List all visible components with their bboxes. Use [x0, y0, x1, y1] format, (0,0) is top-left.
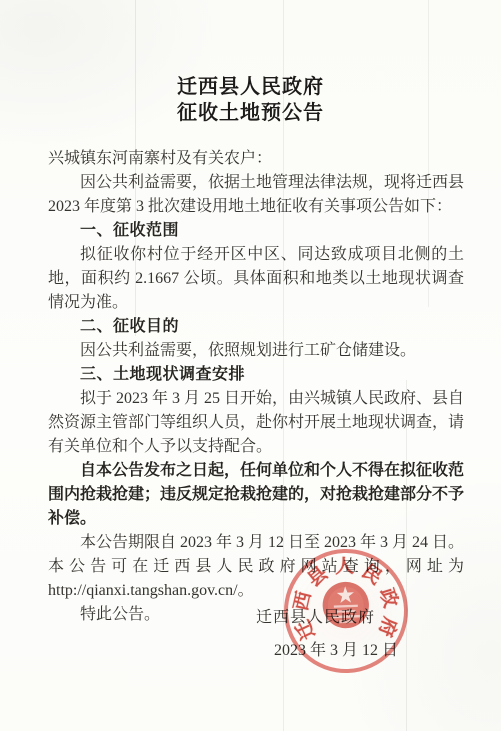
paragraph-intro: 因公共利益需要，依据土地管理法律法规，现将迁西县 2023 年度第 3 批次建设…	[48, 171, 464, 219]
national-emblem-icon	[319, 575, 373, 642]
paragraph-scope: 拟征收你村位于经开区中区、同达致成项目北侧的土地，面积约 2.1667 公顷。具…	[48, 243, 464, 315]
section-heading-3: 三、土地现状调查安排	[48, 363, 464, 387]
seal-char: 府	[373, 614, 405, 641]
scan-artifact-line	[406, 380, 407, 731]
seal-char: 西	[286, 588, 317, 613]
scan-artifact-line	[428, 0, 429, 307]
scan-artifact-line	[135, 0, 136, 336]
scanned-document-page: 迁西县人民政府 征收土地预公告 兴城镇东河南寨村及有关农户： 因公共利益需要，依…	[0, 0, 501, 731]
seal-char: 政	[374, 585, 405, 611]
section-heading-1: 一、征收范围	[48, 219, 464, 243]
document-title: 迁西县人民政府 征收土地预公告	[0, 74, 501, 126]
document-body: 兴城镇东河南寨村及有关农户： 因公共利益需要，依据土地管理法律法规，现将迁西县 …	[0, 147, 501, 627]
paragraph-purpose: 因公共利益需要，依照规划进行工矿仓储建设。	[48, 339, 464, 363]
paragraph-prohibition: 自本公告发布之日起，任何单位和个人不得在拟征收范围内抢栽抢建；违反规定抢栽抢建的…	[48, 459, 464, 531]
document-title-line1: 迁西县人民政府	[177, 76, 324, 98]
document-title-line2: 征收土地预公告	[177, 102, 324, 124]
salutation: 兴城镇东河南寨村及有关农户：	[48, 147, 464, 171]
seal-char: 迁	[288, 616, 321, 645]
section-heading-2: 二、征收目的	[48, 315, 464, 339]
paragraph-survey: 拟于 2023 年 3 月 25 日开始，由兴城镇人民政府、县自然资源主管部门等…	[48, 387, 464, 459]
